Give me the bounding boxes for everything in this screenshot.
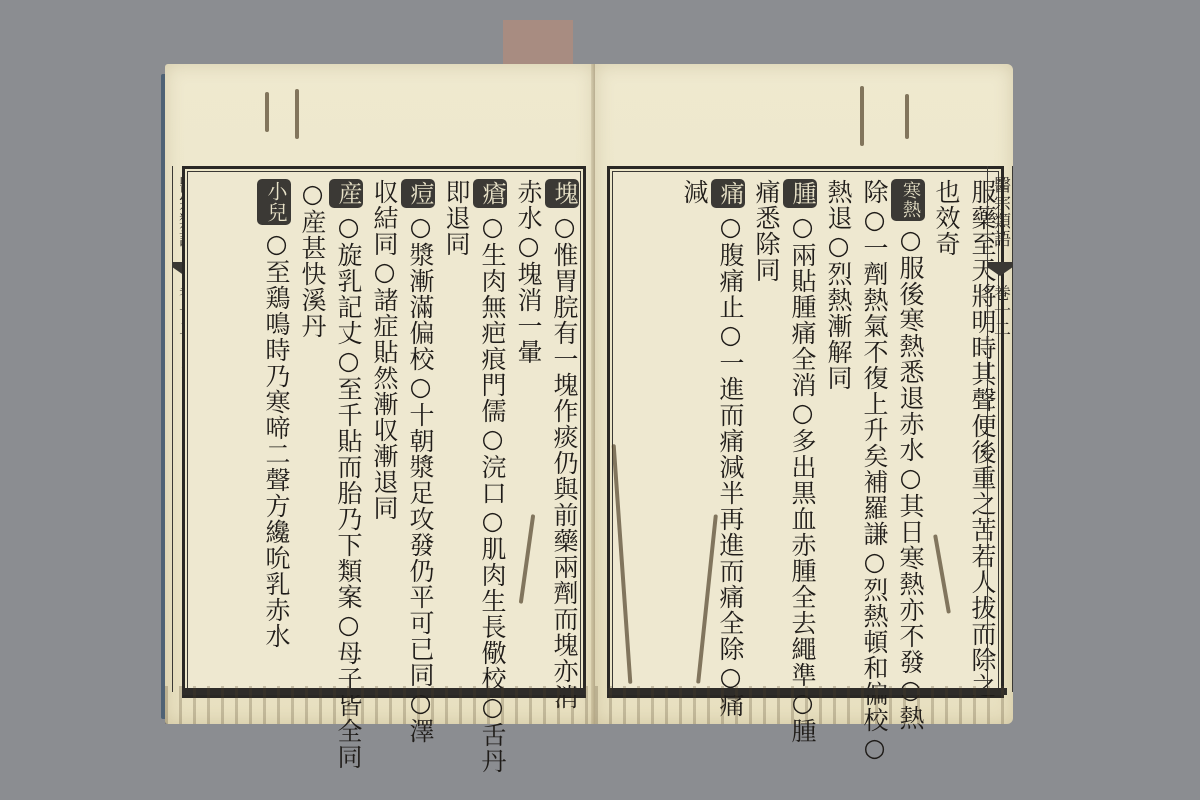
text-column: 瘡○生肉無疤痕門儒○浣口○肌肉生長儆校○舌丹 bbox=[471, 175, 507, 685]
text-column: 除○一劑熱氣不復上升矣補羅謙○烈熱頓和偏校○ bbox=[853, 175, 889, 685]
text-column: 痛悉除同 bbox=[745, 175, 781, 685]
left-page-columns: 塊○惟胃脘有一塊作痰仍與前藥兩劑而塊亦消 赤水○塊消一暈 瘡○生肉無疤痕門儒○浣… bbox=[255, 175, 579, 685]
heading-label: 腫 bbox=[783, 179, 817, 208]
column-text: 即退同 bbox=[442, 179, 471, 257]
text-column: 小兒○至鶏鳴時乃寒啼二聲方纔吮乳赤水 bbox=[255, 175, 291, 685]
right-page-side-label: 醫宗類語 巻十二 bbox=[987, 166, 1013, 692]
heading-label: 産 bbox=[329, 179, 363, 208]
text-column: 収結同○諸症貼然漸収漸退同 bbox=[363, 175, 399, 685]
heading-label: 瘡 bbox=[473, 179, 507, 208]
fish-tail-mark bbox=[988, 262, 1012, 276]
open-book: 醫宗類語 巻十二 隨症 塊○惟胃脘有一塊作痰仍與前藥兩劑而塊亦消 赤水○塊消一暈… bbox=[165, 64, 1013, 730]
side-volume: 巻十二 bbox=[990, 284, 1010, 338]
column-text: ○漿漸滿偏校○十朝漿足攻發仍平可已同○澤 bbox=[406, 212, 435, 744]
text-column: 即退同 bbox=[435, 175, 471, 685]
bottom-edge-damage bbox=[165, 686, 595, 724]
heading-label: 塊 bbox=[545, 179, 579, 208]
text-column: 塊○惟胃脘有一塊作痰仍與前藥兩劑而塊亦消 bbox=[543, 175, 579, 685]
wormhole-damage bbox=[265, 92, 269, 132]
text-column: 赤水○塊消一暈 bbox=[507, 175, 543, 685]
heading-label: 痛 bbox=[711, 179, 745, 208]
heading-label: 小兒 bbox=[257, 179, 291, 225]
left-page: 醫宗類語 巻十二 隨症 塊○惟胃脘有一塊作痰仍與前藥兩劑而塊亦消 赤水○塊消一暈… bbox=[165, 64, 595, 724]
text-column: 痛○腹痛止○一進而痛減半再進而痛全除○痛 bbox=[709, 175, 745, 685]
column-text: ○兩貼腫痛全消○多出黒血赤腫全去繩準○腫 bbox=[788, 212, 817, 744]
column-text: 除○一劑熱氣不復上升矣補羅謙○烈熱頓和偏校○ bbox=[860, 179, 889, 763]
text-column: ○産甚快溪丹 bbox=[291, 175, 327, 685]
column-text: ○産甚快溪丹 bbox=[298, 179, 327, 339]
wormhole-damage bbox=[295, 89, 299, 139]
column-text: 熱退○烈熱漸解同 bbox=[824, 179, 853, 391]
wormhole-damage bbox=[860, 86, 864, 146]
heading-label: 痘 bbox=[401, 179, 435, 208]
text-column: 痘○漿漸滿偏校○十朝漿足攻發仍平可已同○澤 bbox=[399, 175, 435, 685]
right-page: 服藥至天將明時其聲便後重之苦若人拔而除之 也效奇 寒熱○服後寒熱悉退赤水○其日寒… bbox=[595, 64, 1013, 724]
column-text: 赤水○塊消一暈 bbox=[514, 179, 543, 365]
text-column: 産○旋乳記丈○至千貼而胎乃下類案○母子皆全同 bbox=[327, 175, 363, 685]
text-column: 腫○兩貼腫痛全消○多出黒血赤腫全去繩準○腫 bbox=[781, 175, 817, 685]
wormhole-damage bbox=[905, 94, 909, 139]
text-column: 也效奇 bbox=[925, 175, 961, 685]
text-column: 熱退○烈熱漸解同 bbox=[817, 175, 853, 685]
right-page-frame: 服藥至天將明時其聲便後重之苦若人拔而除之 也效奇 寒熱○服後寒熱悉退赤水○其日寒… bbox=[607, 166, 1004, 698]
column-text: 減 bbox=[680, 179, 709, 205]
column-text: ○惟胃脘有一塊作痰仍與前藥兩劑而塊亦消 bbox=[550, 212, 579, 710]
heading-label: 寒熱 bbox=[891, 179, 925, 221]
column-text: ○至鶏鳴時乃寒啼二聲方纔吮乳赤水 bbox=[262, 229, 291, 649]
left-page-frame: 塊○惟胃脘有一塊作痰仍與前藥兩劑而塊亦消 赤水○塊消一暈 瘡○生肉無疤痕門儒○浣… bbox=[182, 166, 586, 698]
text-column: 寒熱○服後寒熱悉退赤水○其日寒熱亦不發○熱 bbox=[889, 175, 925, 685]
column-text: 痛悉除同 bbox=[752, 179, 781, 283]
column-text: ○腹痛止○一進而痛減半再進而痛全除○痛 bbox=[716, 212, 745, 718]
side-title: 醫宗類語 bbox=[990, 176, 1010, 248]
column-text: 収結同○諸症貼然漸収漸退同 bbox=[370, 179, 399, 521]
column-text: ○服後寒熱悉退赤水○其日寒熱亦不發○熱 bbox=[896, 225, 925, 731]
bottom-edge-damage bbox=[595, 686, 1013, 724]
column-text: 也效奇 bbox=[932, 179, 961, 257]
